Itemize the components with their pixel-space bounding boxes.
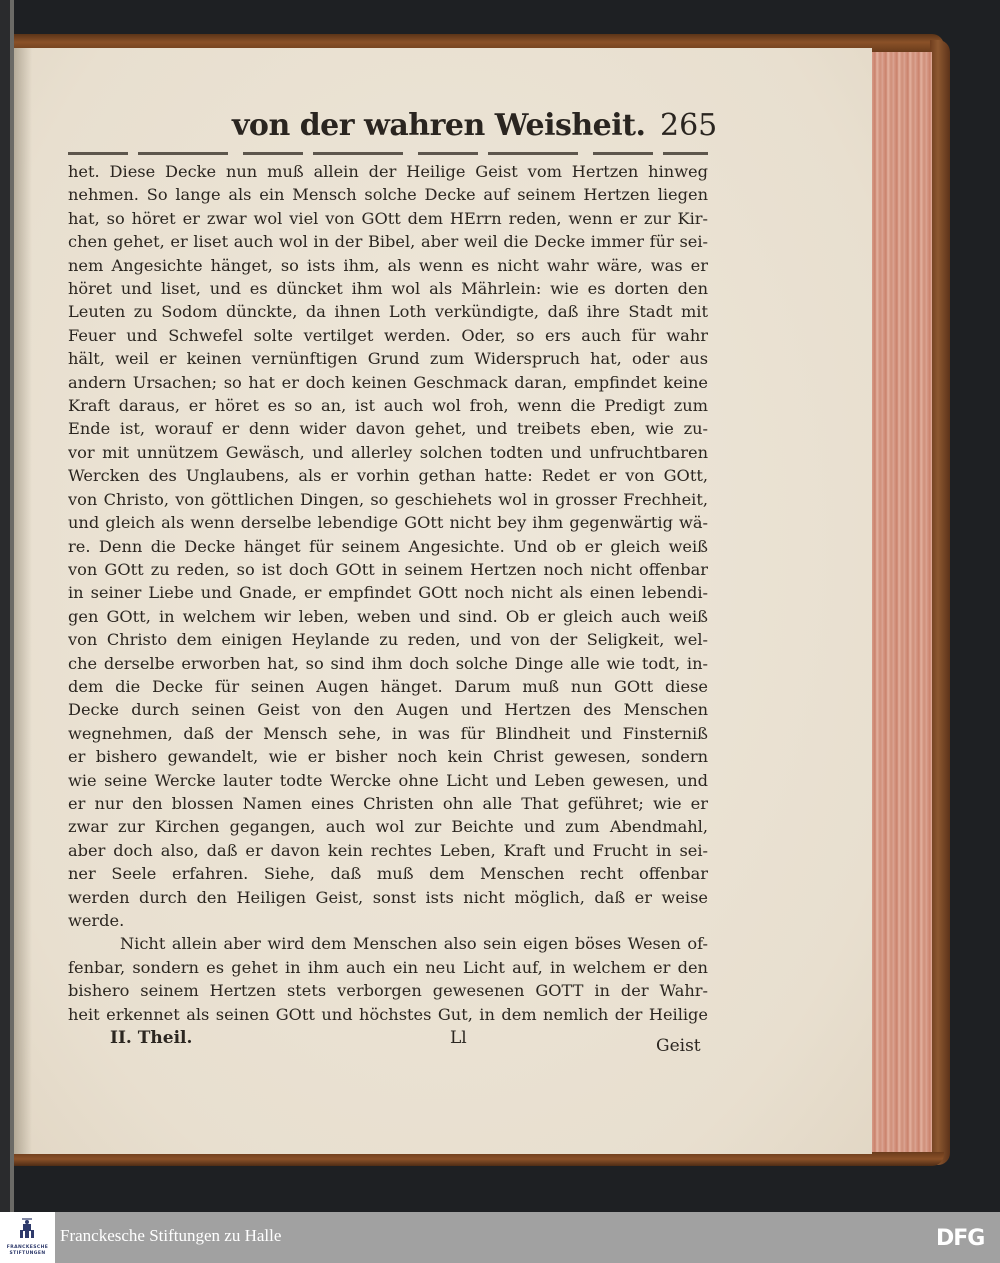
- text-line: vor mit unnützem Gewäsch, und allerley s…: [68, 441, 708, 464]
- text-line: werden durch den Heiligen Geist, sonst i…: [68, 886, 708, 909]
- text-line: re. Denn die Decke hänget für seinem Ang…: [68, 535, 708, 558]
- orphan-statue-icon: [19, 1218, 35, 1240]
- text-line: er nur den blossen Namen eines Christen …: [68, 792, 708, 815]
- text-line: gen GOtt, in welchem wir leben, weben un…: [68, 605, 708, 628]
- header-rule: [68, 152, 708, 155]
- text-line: chen gehet, er liset auch wol in der Bib…: [68, 230, 708, 253]
- sheet-mark: Ll: [450, 1028, 467, 1048]
- book-cover-bottom-edge: [14, 1152, 944, 1166]
- text-line: Ende ist, worauf er denn wider davon geh…: [68, 417, 708, 440]
- text-line: Wercken des Unglaubens, als er vorhin ge…: [68, 464, 708, 487]
- institution-name[interactable]: Franckesche Stiftungen zu Halle: [60, 1226, 281, 1246]
- gutter-shadow: [14, 48, 32, 1154]
- text-line: nehmen. So lange als ein Mensch solche D…: [68, 183, 708, 206]
- text-line: werde.: [68, 909, 708, 932]
- signature-mark: II. Theil.: [110, 1028, 192, 1048]
- text-line: höret und liset, und es düncket ihm wol …: [68, 277, 708, 300]
- catchword: Geist: [656, 1036, 701, 1056]
- running-head: von der wahren Weisheit.: [232, 108, 645, 143]
- text-line: von Christo dem einigen Heylande zu rede…: [68, 628, 708, 651]
- text-line: hält, weil er keinen vernünftigen Grund …: [68, 347, 708, 370]
- text-line: von Christo, von göttlichen Dingen, so g…: [68, 488, 708, 511]
- text-line: hat, so höret er zwar wol viel von GOtt …: [68, 207, 708, 230]
- text-line: andern Ursachen; so hat er doch keinen G…: [68, 371, 708, 394]
- dfg-logo[interactable]: DFG: [936, 1226, 984, 1251]
- scan-viewer: von der wahren Weisheit. 265 het. Diese …: [0, 0, 1000, 1212]
- text-line: zwar zur Kirchen gegangen, auch wol zur …: [68, 815, 708, 838]
- text-line: er bishero gewandelt, wie er bisher noch…: [68, 745, 708, 768]
- text-line: che derselbe erworben hat, so sind ihm d…: [68, 652, 708, 675]
- text-line: Leuten zu Sodom dünckte, da ihnen Loth v…: [68, 300, 708, 323]
- page-number: 265: [660, 108, 717, 143]
- text-line: wie seine Wercke lauter todte Wercke ohn…: [68, 769, 708, 792]
- logo-caption-line2: STIFTUNGEN: [2, 1251, 53, 1257]
- logo-caption: FRANCKESCHE STIFTUNGEN: [2, 1245, 53, 1257]
- text-line: aber doch also, daß er davon kein rechte…: [68, 839, 708, 862]
- text-line: Kraft daraus, er höret es so an, ist auc…: [68, 394, 708, 417]
- page-body-text: het. Diese Decke nun muß allein der Heil…: [68, 160, 708, 1026]
- text-line: und gleich als wenn derselbe lebendige G…: [68, 511, 708, 534]
- text-line: in seiner Liebe und Gnade, er empfindet …: [68, 581, 708, 604]
- text-line: heit erkennet als seinen GOtt und höchst…: [68, 1003, 708, 1026]
- text-line: ner Seele erfahren. Siehe, daß muß dem M…: [68, 862, 708, 885]
- text-line: nem Angesichte hänget, so ists ihm, als …: [68, 254, 708, 277]
- text-line: het. Diese Decke nun muß allein der Heil…: [68, 160, 708, 183]
- text-line: von GOtt zu reden, so ist doch GOtt in s…: [68, 558, 708, 581]
- book-cover-right-edge: [930, 40, 950, 1165]
- text-line: bishero seinem Hertzen stets verborgen g…: [68, 979, 708, 1002]
- text-line: wegnehmen, daß der Mensch sehe, in was f…: [68, 722, 708, 745]
- text-line: Feuer und Schwefel solte vertilget werde…: [68, 324, 708, 347]
- text-line: Decke durch seinen Geist von den Augen u…: [68, 698, 708, 721]
- red-page-edges: [872, 52, 932, 1152]
- text-line: Nicht allein aber wird dem Menschen also…: [68, 932, 708, 955]
- franckesche-stiftungen-logo[interactable]: FRANCKESCHE STIFTUNGEN: [0, 1212, 55, 1263]
- text-line: fenbar, sondern es gehet in ihm auch ein…: [68, 956, 708, 979]
- viewer-footer-bar: FRANCKESCHE STIFTUNGEN Franckesche Stift…: [0, 1212, 1000, 1263]
- text-line: dem die Decke für seinen Augen hänget. D…: [68, 675, 708, 698]
